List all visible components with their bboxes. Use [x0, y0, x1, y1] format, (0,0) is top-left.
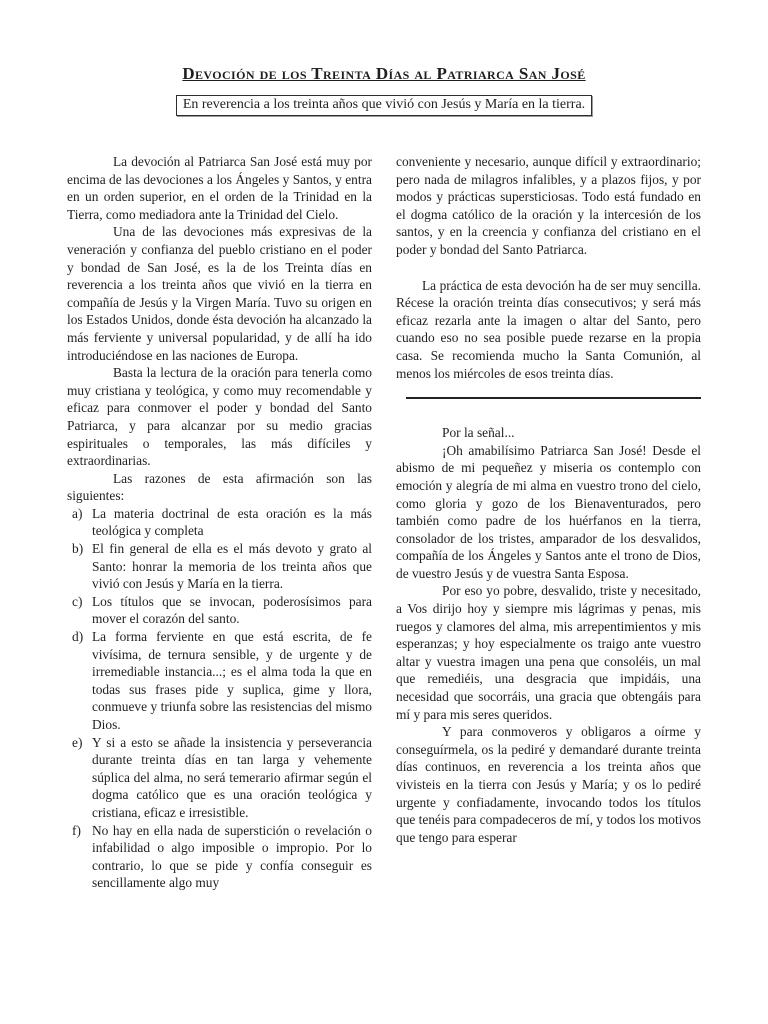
paragraph: Basta la lectura de la oración para tene… [67, 364, 372, 470]
page-title: Devoción de los Treinta Días al Patriarc… [0, 0, 768, 84]
list-item: c) Los títulos que se invocan, poderosís… [67, 593, 372, 628]
list-marker: e) [67, 734, 92, 822]
list-text: La forma ferviente en que está escrita, … [92, 628, 372, 734]
two-column-body: La devoción al Patriarca San José está m… [0, 153, 768, 892]
list-item: f) No hay en ella nada de superstición o… [67, 822, 372, 892]
subtitle-container: En reverencia a los treinta años que viv… [0, 95, 768, 116]
paragraph: conveniente y necesario, aunque difícil … [396, 153, 701, 259]
list-marker: a) [67, 505, 92, 540]
list-item: e) Y si a esto se añade la insistencia y… [67, 734, 372, 822]
list-marker: d) [67, 628, 92, 734]
subtitle-box: En reverencia a los treinta años que viv… [176, 95, 592, 116]
list-item: d) La forma ferviente en que está escrit… [67, 628, 372, 734]
list-text: No hay en ella nada de superstición o re… [92, 822, 372, 892]
left-column: La devoción al Patriarca San José está m… [67, 153, 372, 892]
list-marker: c) [67, 593, 92, 628]
list-text: La materia doctrinal de esta oración es … [92, 505, 372, 540]
paragraph: Una de las devociones más expresivas de … [67, 223, 372, 364]
list-item: a) La materia doctrinal de esta oración … [67, 505, 372, 540]
paragraph: Y para conmoveros y obligaros a oírme y … [396, 723, 701, 846]
paragraph: La práctica de esta devoción ha de ser m… [396, 277, 701, 383]
paragraph: Por eso yo pobre, desvalido, triste y ne… [396, 582, 701, 723]
document-page: Devoción de los Treinta Días al Patriarc… [0, 0, 768, 1024]
reasons-list: a) La materia doctrinal de esta oración … [67, 505, 372, 892]
list-text: Los títulos que se invocan, poderosísimo… [92, 593, 372, 628]
list-marker: b) [67, 540, 92, 593]
right-column: conveniente y necesario, aunque difícil … [396, 153, 701, 892]
paragraph: ¡Oh amabilísimo Patriarca San José! Desd… [396, 442, 701, 583]
list-text: El fin general de ella es el más devoto … [92, 540, 372, 593]
list-item: b) El fin general de ella es el más devo… [67, 540, 372, 593]
paragraph: Las razones de esta afirmación son las s… [67, 470, 372, 505]
list-marker: f) [67, 822, 92, 892]
paragraph: La devoción al Patriarca San José está m… [67, 153, 372, 223]
prayer-heading: Por la señal... [396, 424, 701, 442]
list-text: Y si a esto se añade la insistencia y pe… [92, 734, 372, 822]
section-divider [406, 397, 701, 399]
